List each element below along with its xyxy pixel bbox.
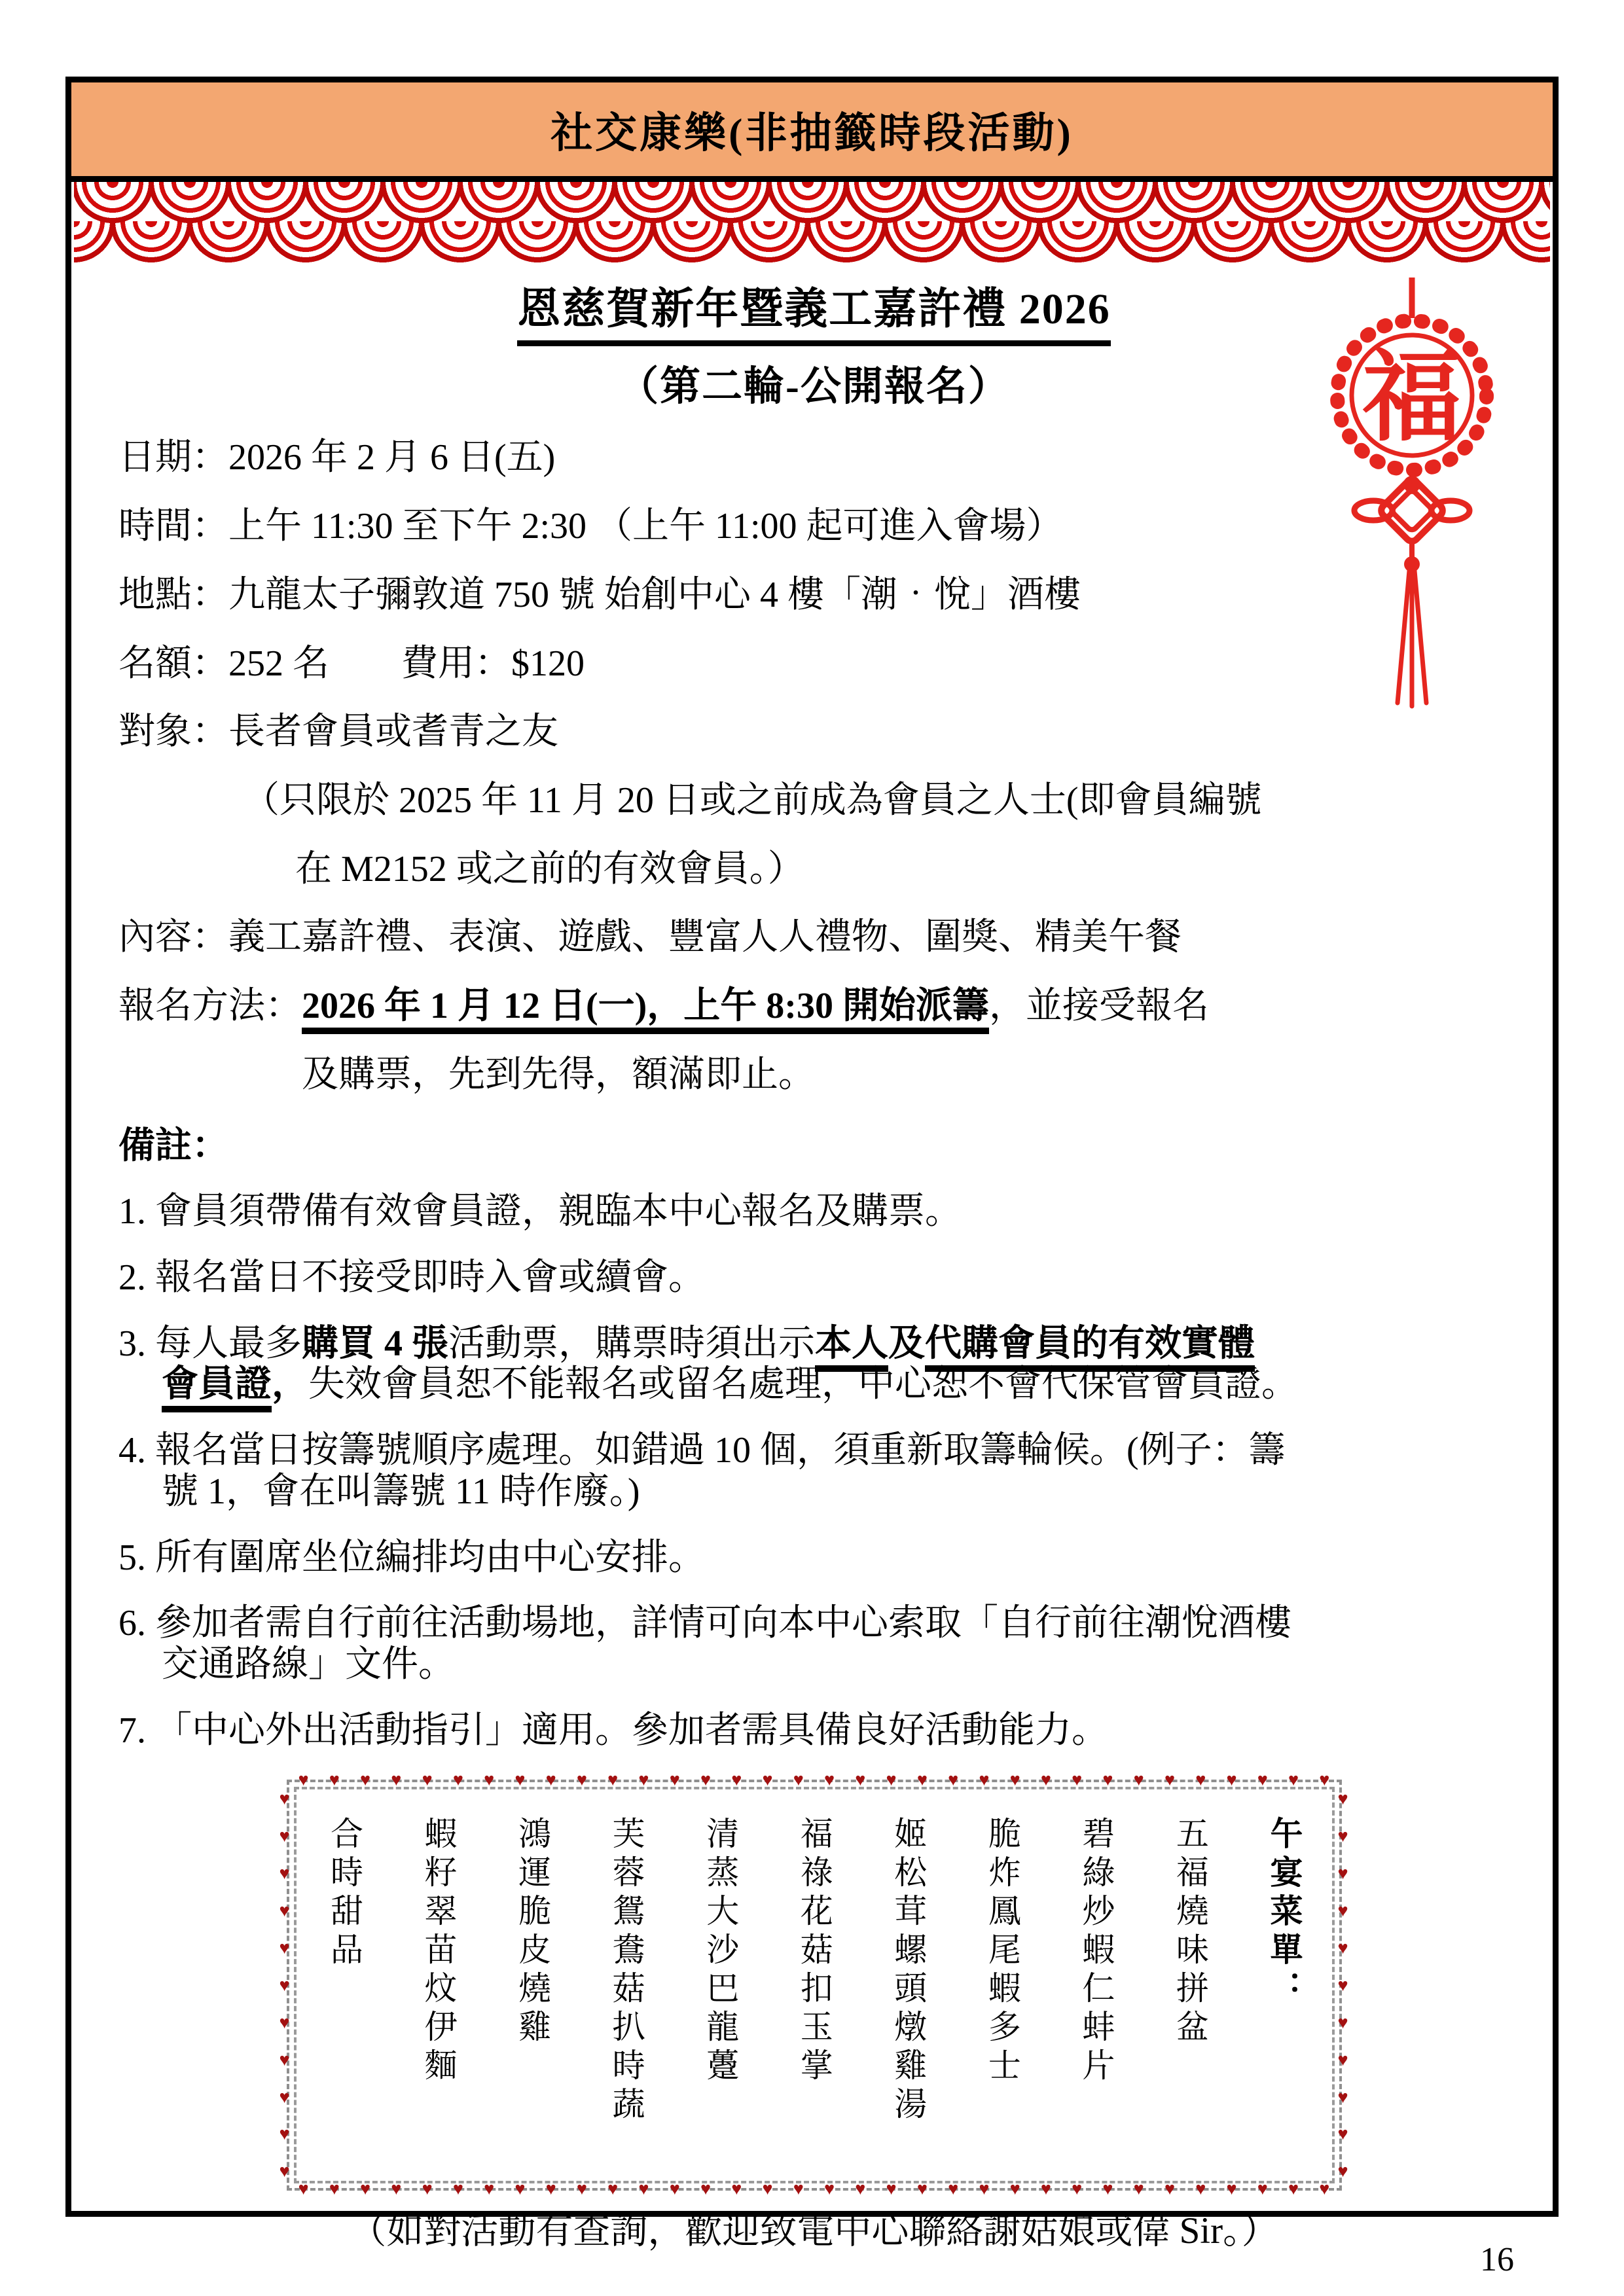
heart-icon: ♥ — [280, 1939, 290, 1957]
heart-icon: ♥ — [1257, 2180, 1268, 2198]
menu-column: 蝦籽翠苗炆伊麵 — [421, 1816, 456, 2166]
heart-icon: ♥ — [855, 2180, 865, 2198]
heart-icon: ♥ — [1319, 1771, 1329, 1789]
heart-icon: ♥ — [422, 2180, 433, 2198]
heart-icon: ♥ — [700, 2180, 711, 2198]
heart-icon: ♥ — [1195, 2180, 1206, 2198]
detail-row-target: 對象： 長者會員或耆青之友 （只限於 2025 年 11 月 20 日或之前成為… — [118, 711, 1509, 889]
note-item-6: 6. 參加者需自行前往活動場地，詳情可向本中心索取「自行前往潮悅酒樓交通路線」文… — [118, 1603, 1509, 1685]
heart-icon: ♥ — [1288, 2180, 1299, 2198]
heart-icon: ♥ — [917, 2180, 928, 2198]
heart-icon: ♥ — [280, 2089, 290, 2106]
heart-icon: ♥ — [453, 2180, 463, 2198]
heart-icon: ♥ — [391, 2180, 401, 2198]
category-banner: 社交康樂(非抽籤時段活動) — [71, 82, 1553, 182]
heart-icon: ♥ — [1337, 1790, 1348, 1808]
heart-icon: ♥ — [607, 2180, 618, 2198]
knot-tassel — [1398, 571, 1409, 703]
registration-line1: 2026 年 1 月 12 日(一)，上午 8:30 開始派籌，並接受報名 — [302, 986, 1509, 1027]
heart-icon: ♥ — [824, 1771, 835, 1789]
heart-icon: ♥ — [1257, 1771, 1268, 1789]
heart-icon: ♥ — [484, 1771, 494, 1789]
heart-icon: ♥ — [577, 2180, 587, 2198]
target-note-line2: 在 M2152 或之前的有效會員。） — [295, 849, 1509, 890]
heart-icon: ♥ — [731, 2180, 742, 2198]
heart-icon: ♥ — [577, 1771, 587, 1789]
notes-heading: 備註： — [118, 1126, 1509, 1167]
heart-icon: ♥ — [360, 1771, 370, 1789]
heart-icon: ♥ — [1164, 1771, 1175, 1789]
heart-icon: ♥ — [607, 1771, 618, 1789]
quota-label: 名額： — [118, 643, 228, 685]
event-title: 恩慈賀新年暨義工嘉許禮 2026 — [517, 285, 1111, 346]
heart-icon: ♥ — [1288, 1771, 1299, 1789]
heart-icon: ♥ — [793, 1771, 804, 1789]
target-note-line1: （只限於 2025 年 11 月 20 日或之前成為會員之人士(即會員編號 — [243, 780, 1509, 821]
heart-icon: ♥ — [1337, 1977, 1348, 1994]
detail-row-content: 內容： 義工嘉許禮、表演、遊戲、豐富人人禮物、圍獎、精美午餐 — [118, 917, 1509, 958]
heart-icon: ♥ — [638, 1771, 649, 1789]
heart-icon: ♥ — [762, 2180, 772, 2198]
registration-label: 報名方法： — [118, 986, 302, 1095]
heart-icon: ♥ — [670, 1771, 680, 1789]
heart-icon: ♥ — [546, 1771, 556, 1789]
heart-icon: ♥ — [1337, 1865, 1348, 1882]
heart-border-left: ♥♥♥♥♥♥♥♥♥♥♥ — [280, 1790, 290, 2180]
heart-icon: ♥ — [1337, 1827, 1348, 1845]
registration-value: 2026 年 1 月 12 日(一)，上午 8:30 開始派籌，並接受報名 及購… — [302, 986, 1509, 1095]
heart-icon: ♥ — [1337, 2014, 1348, 2032]
heart-icon: ♥ — [1195, 1771, 1206, 1789]
heart-icon: ♥ — [1072, 2180, 1082, 2198]
heart-icon: ♥ — [280, 2125, 290, 2143]
content-label: 內容： — [118, 917, 228, 958]
heart-icon: ♥ — [280, 1790, 290, 1808]
time-label: 時間： — [118, 506, 228, 547]
heart-icon: ♥ — [1134, 2180, 1144, 2198]
menu-column: 姬松茸螺頭燉雞湯 — [891, 1816, 926, 2166]
heart-icon: ♥ — [280, 1902, 290, 1920]
heart-icon: ♥ — [1337, 2089, 1348, 2106]
heart-icon: ♥ — [1226, 2180, 1236, 2198]
menu-column: 鴻運脆皮燒雞 — [515, 1816, 550, 2166]
note-item-1: 1. 會員須帶備有效會員證，親臨本中心報名及購票。 — [118, 1191, 1509, 1232]
heart-icon: ♥ — [948, 1771, 958, 1789]
heart-border-top: ♥♥♥♥♥♥♥♥♥♥♥♥♥♥♥♥♥♥♥♥♥♥♥♥♥♥♥♥♥♥♥♥♥♥ — [298, 1771, 1330, 1789]
venue-label: 地點： — [118, 575, 228, 616]
heart-icon: ♥ — [1010, 1771, 1020, 1789]
heart-icon: ♥ — [1337, 1939, 1348, 1957]
heart-icon: ♥ — [1226, 1771, 1236, 1789]
heart-icon: ♥ — [979, 2180, 989, 2198]
heart-icon: ♥ — [280, 2162, 290, 2180]
heart-icon: ♥ — [1041, 1771, 1051, 1789]
lunch-menu-box: ♥♥♥♥♥♥♥♥♥♥♥♥♥♥♥♥♥♥♥♥♥♥♥♥♥♥♥♥♥♥♥♥♥♥ ♥♥♥♥♥… — [287, 1780, 1342, 2191]
page-number: 16 — [1480, 2240, 1514, 2279]
heart-icon: ♥ — [546, 2180, 556, 2198]
heart-icon: ♥ — [453, 1771, 463, 1789]
heart-border-right: ♥♥♥♥♥♥♥♥♥♥♥ — [1337, 1790, 1348, 2180]
heart-icon: ♥ — [298, 2180, 309, 2198]
fee-label: 費用： — [401, 643, 511, 685]
menu-column: 五福燒味拼盆 — [1172, 1816, 1207, 2166]
menu-column: 芙蓉鴛鴦菇扒時蔬 — [609, 1816, 643, 2166]
heart-icon: ♥ — [793, 2180, 804, 2198]
heart-icon: ♥ — [422, 1771, 433, 1789]
target-label: 對象： — [118, 711, 228, 889]
knot-loop-left — [1354, 501, 1392, 520]
heart-icon: ♥ — [886, 1771, 897, 1789]
document-page: 社交康樂(非抽籤時段活動) 恩慈賀新年暨義工嘉許禮 2026 （第二輪-公開報名… — [0, 0, 1624, 2296]
heart-border-bottom: ♥♥♥♥♥♥♥♥♥♥♥♥♥♥♥♥♥♥♥♥♥♥♥♥♥♥♥♥♥♥♥♥♥♥ — [298, 2180, 1330, 2198]
heart-icon: ♥ — [360, 2180, 370, 2198]
menu-column: 午宴菜單： — [1267, 1816, 1301, 2166]
heart-icon: ♥ — [1102, 2180, 1113, 2198]
heart-icon: ♥ — [484, 2180, 494, 2198]
category-banner-title: 社交康樂(非抽籤時段活動) — [550, 99, 1074, 160]
heart-icon: ♥ — [1319, 2180, 1329, 2198]
heart-icon: ♥ — [1337, 2051, 1348, 2069]
heart-icon: ♥ — [1337, 1902, 1348, 1920]
note-item-5: 5. 所有圍席坐位編排均由中心安排。 — [118, 1537, 1509, 1579]
heart-icon: ♥ — [514, 2180, 525, 2198]
note-item-4: 4. 報名當日按籌號順序處理。如錯過 10 個，須重新取籌輪候。(例子：籌號 1… — [118, 1430, 1509, 1512]
heart-icon: ♥ — [979, 1771, 989, 1789]
heart-icon: ♥ — [731, 1771, 742, 1789]
heart-icon: ♥ — [1102, 1771, 1113, 1789]
menu-column: 清蒸大沙巴龍躉 — [703, 1816, 738, 2166]
date-label: 日期： — [118, 437, 228, 478]
heart-icon: ♥ — [329, 1771, 340, 1789]
heart-icon: ♥ — [762, 1771, 772, 1789]
lunch-menu-columns: 午宴菜單：五福燒味拼盆碧綠炒蝦仁蚌片脆炸鳳尾蝦多士姬松茸螺頭燉雞湯福祿花菇扣玉掌… — [327, 1816, 1301, 2166]
knot-loop-right — [1432, 501, 1470, 520]
heart-icon: ♥ — [917, 1771, 928, 1789]
fu-character: 福 — [1362, 343, 1462, 453]
heart-icon: ♥ — [886, 2180, 897, 2198]
heart-icon: ♥ — [855, 1771, 865, 1789]
heart-icon: ♥ — [329, 2180, 340, 2198]
heart-icon: ♥ — [280, 2051, 290, 2069]
heart-icon: ♥ — [670, 2180, 680, 2198]
scallop-garland-border — [74, 182, 1550, 275]
content-value: 義工嘉許禮、表演、遊戲、豐富人人禮物、圍獎、精美午餐 — [228, 917, 1509, 958]
heart-icon: ♥ — [948, 2180, 958, 2198]
menu-column: 脆炸鳳尾蝦多士 — [984, 1816, 1019, 2166]
quota-value: 252 名 — [228, 643, 329, 685]
heart-icon: ♥ — [298, 1771, 309, 1789]
heart-icon: ♥ — [280, 2014, 290, 2032]
registration-line2: 及購票，先到先得，額滿即止。 — [302, 1054, 1509, 1096]
heart-icon: ♥ — [280, 1977, 290, 1994]
chinese-knot-ornament: 福 — [1299, 278, 1525, 709]
heart-icon: ♥ — [1164, 2180, 1175, 2198]
heart-icon: ♥ — [824, 2180, 835, 2198]
heart-icon: ♥ — [1134, 1771, 1144, 1789]
notes-list: 1. 會員須帶備有效會員證，親臨本中心報名及購票。 2. 報名當日不接受即時入會… — [118, 1191, 1509, 1751]
menu-column: 碧綠炒蝦仁蚌片 — [1079, 1816, 1113, 2166]
detail-row-registration: 報名方法： 2026 年 1 月 12 日(一)，上午 8:30 開始派籌，並接… — [118, 986, 1509, 1095]
heart-icon: ♥ — [280, 1827, 290, 1845]
heart-icon: ♥ — [514, 1771, 525, 1789]
menu-column: 福祿花菇扣玉掌 — [797, 1816, 831, 2166]
heart-icon: ♥ — [1010, 2180, 1020, 2198]
heart-icon: ♥ — [1072, 1771, 1082, 1789]
note-item-2: 2. 報名當日不接受即時入會或續會。 — [118, 1257, 1509, 1299]
heart-icon: ♥ — [280, 1865, 290, 1882]
heart-icon: ♥ — [391, 1771, 401, 1789]
note-item-3: 3. 每人最多購買 4 張活動票，購票時須出示本人及代購會員的有效實體會員證，失… — [118, 1323, 1509, 1405]
inquiry-note: （如對活動有查詢，歡迎致電中心聯絡謝姑娘或偉 Sir。） — [118, 2210, 1509, 2252]
heart-icon: ♥ — [1337, 2125, 1348, 2143]
note-item-7: 7. 「中心外出活動指引」適用。參加者需具備良好活動能力。 — [118, 1710, 1509, 1751]
heart-icon: ♥ — [700, 1771, 711, 1789]
heart-icon: ♥ — [1041, 2180, 1051, 2198]
fee-value: $120 — [511, 643, 585, 685]
target-main: 長者會員或耆青之友 — [228, 711, 1509, 753]
target-value: 長者會員或耆青之友 （只限於 2025 年 11 月 20 日或之前成為會員之人… — [228, 711, 1509, 889]
heart-icon: ♥ — [638, 2180, 649, 2198]
heart-icon: ♥ — [1337, 2162, 1348, 2180]
menu-column: 合時甜品 — [327, 1816, 362, 2166]
